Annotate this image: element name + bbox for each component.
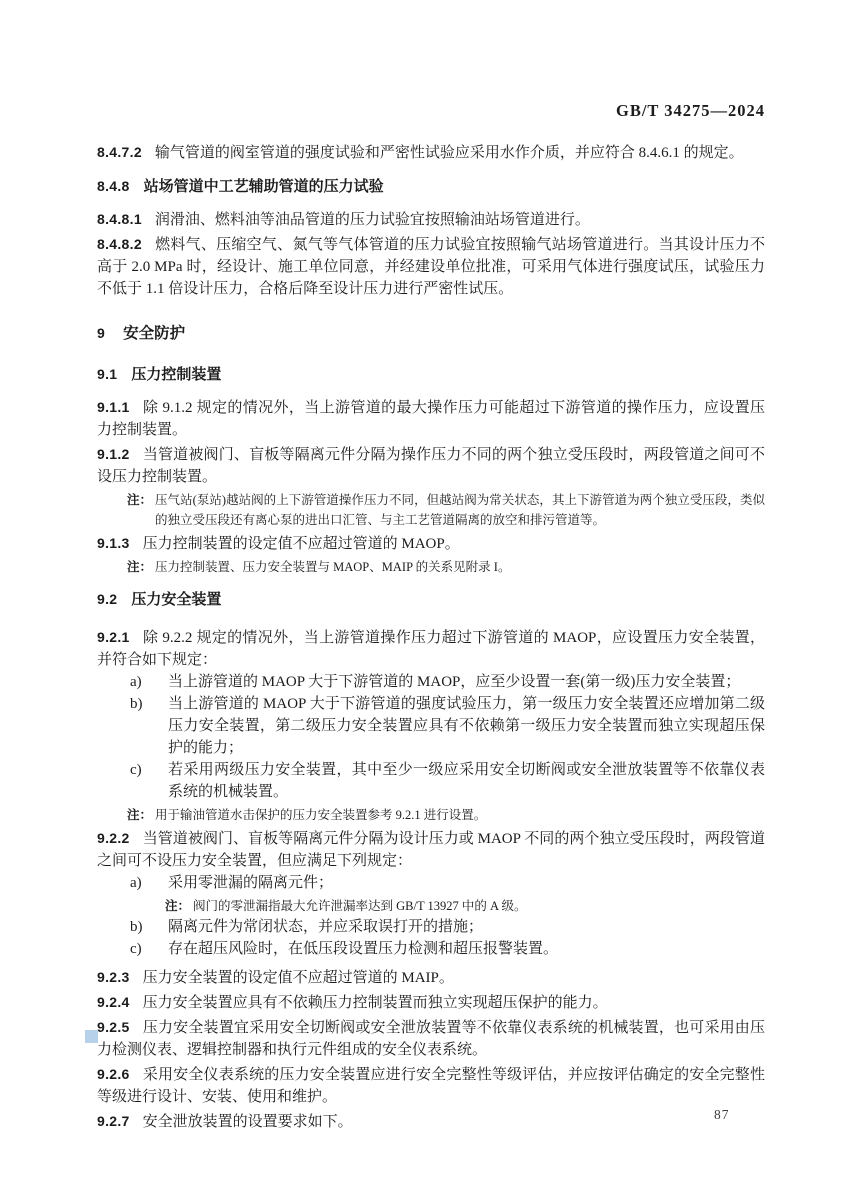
clause-number: 9.2.6 <box>97 1066 130 1082</box>
clause-9-1-2: 9.1.2当管道被阀门、盲板等隔离元件分隔为操作压力不同的两个独立受压段时，两段… <box>97 443 765 488</box>
note-label: 注： <box>127 805 152 825</box>
note-label: 注： <box>165 896 190 916</box>
blue-scan-artifact <box>85 1030 98 1043</box>
clause-text: 输气管道的阀室管道的强度试验和严密性试验应采用水作介质，并应符合 8.4.6.1… <box>155 145 744 161</box>
list-text: 存在超压风险时，在低压段设置压力检测和超压报警装置。 <box>168 938 765 960</box>
clause-number: 8.4.8.2 <box>97 236 142 252</box>
clause-text: 采用安全仪表系统的压力安全装置应进行安全完整性等级评估，并应按评估确定的安全完整… <box>97 1067 765 1105</box>
standard-number: GB/T 34275—2024 <box>0 101 765 121</box>
page-content: 8.4.7.2输气管道的阀室管道的强度试验和严密性试验应采用水作介质，并应符合 … <box>97 139 765 1133</box>
clause-text: 当管道被阀门、盲板等隔离元件分隔为操作压力不同的两个独立受压段时，两段管道之间可… <box>97 447 765 485</box>
clause-9-2-3: 9.2.3压力安全装置的设定值不应超过管道的 MAIP。 <box>97 966 765 989</box>
note-9-2-1: 注：用于输油管道水击保护的压力安全装置参考 9.2.1 进行设置。 <box>97 805 765 825</box>
clause-text: 安全泄放装置的设置要求如下。 <box>143 1114 353 1130</box>
clause-number: 9.1.2 <box>97 446 130 462</box>
clause-number: 9.1.1 <box>97 399 130 415</box>
clause-number: 9.2.2 <box>97 830 130 846</box>
list-item-b: b)当上游管道的 MAOP 大于下游管道的强度试验压力，第一级压力安全装置还应增… <box>97 693 765 759</box>
heading-number: 9 <box>97 325 105 341</box>
clause-text: 除 9.2.2 规定的情况外，当上游管道操作压力超过下游管道的 MAOP，应设置… <box>97 630 765 668</box>
heading-number: 9.1 <box>97 366 117 382</box>
clause-9-1-1: 9.1.1除 9.1.2 规定的情况外，当上游管道的最大操作压力可能超过下游管道… <box>97 396 765 441</box>
list-label: a) <box>130 671 168 693</box>
clause-number: 9.2.1 <box>97 629 130 645</box>
list-text: 当上游管道的 MAOP 大于下游管道的强度试验压力，第一级压力安全装置还应增加第… <box>168 693 765 759</box>
heading-number: 8.4.8 <box>97 178 130 194</box>
clause-number: 9.2.5 <box>97 1019 130 1035</box>
clause-text: 当管道被阀门、盲板等隔离元件分隔为设计压力或 MAOP 不同的两个独立受压段时，… <box>97 831 765 869</box>
list-text: 当上游管道的 MAOP 大于下游管道的 MAOP，应至少设置一套(第一级)压力安… <box>168 671 765 693</box>
clause-8-4-8-2: 8.4.8.2燃料气、压缩空气、氮气等气体管道的压力试验宜按照输气站场管道进行。… <box>97 233 765 300</box>
clause-number: 9.1.3 <box>97 535 130 551</box>
document-page: GB/T 34275—2024 8.4.7.2输气管道的阀室管道的强度试验和严密… <box>0 0 850 1202</box>
list-text: 隔离元件为常闭状态，并应采取误打开的措施； <box>168 916 765 938</box>
clause-9-2-2: 9.2.2当管道被阀门、盲板等隔离元件分隔为设计压力或 MAOP 不同的两个独立… <box>97 827 765 872</box>
clause-text: 润滑油、燃料油等油品管道的压力试验宜按照输油站场管道进行。 <box>155 212 590 228</box>
list-text: 若采用两级压力安全装置，其中至少一级应采用安全切断阀或安全泄放装置等不依靠仪表系… <box>168 759 765 803</box>
list-item-c: c)若采用两级压力安全装置，其中至少一级应采用安全切断阀或安全泄放装置等不依靠仪… <box>97 759 765 803</box>
clause-number: 9.2.7 <box>97 1113 130 1129</box>
list-item-b: b)隔离元件为常闭状态，并应采取误打开的措施； <box>97 916 765 938</box>
heading-9-1: 9.1压力控制装置 <box>97 363 765 386</box>
clause-8-4-8-1: 8.4.8.1润滑油、燃料油等油品管道的压力试验宜按照输油站场管道进行。 <box>97 208 765 231</box>
note-text: 压力控制装置、压力安全装置与 MAOP、MAIP 的关系见附录 I。 <box>155 557 765 577</box>
clause-9-2-6: 9.2.6采用安全仪表系统的压力安全装置应进行安全完整性等级评估，并应按评估确定… <box>97 1063 765 1108</box>
clause-text: 压力安全装置宜采用安全切断阀或安全泄放装置等不依靠仪表系统的机械装置，也可采用由… <box>97 1020 765 1058</box>
list-label: c) <box>130 759 168 803</box>
clause-text: 燃料气、压缩空气、氮气等气体管道的压力试验宜按照输气站场管道进行。当其设计压力不… <box>97 237 765 297</box>
list-label: b) <box>130 916 168 938</box>
note-label: 注： <box>127 490 152 530</box>
note-9-1-3: 注：压力控制装置、压力安全装置与 MAOP、MAIP 的关系见附录 I。 <box>97 557 765 577</box>
clause-number: 8.4.7.2 <box>97 144 142 160</box>
list-item-a: a)当上游管道的 MAOP 大于下游管道的 MAOP，应至少设置一套(第一级)压… <box>97 671 765 693</box>
clause-number: 9.2.4 <box>97 994 130 1010</box>
clause-text: 除 9.1.2 规定的情况外，当上游管道的最大操作压力可能超过下游管道的操作压力… <box>97 400 765 438</box>
note-text: 压气站(泵站)越站阀的上下游管道操作压力不同，但越站阀为常关状态，其上下游管道为… <box>155 490 765 530</box>
list-item-a: a)采用零泄漏的隔离元件； <box>97 872 765 894</box>
heading-title: 压力控制装置 <box>131 366 221 383</box>
heading-title: 站场管道中工艺辅助管道的压力试验 <box>144 178 384 195</box>
page-number: 87 <box>714 1107 730 1123</box>
note-9-1-2: 注：压气站(泵站)越站阀的上下游管道操作压力不同，但越站阀为常关状态，其上下游管… <box>97 490 765 530</box>
note-text: 阀门的零泄漏指最大允许泄漏率达到 GB/T 13927 中的 A 级。 <box>193 896 765 916</box>
list-label: b) <box>130 693 168 759</box>
clause-9-2-7: 9.2.7安全泄放装置的设置要求如下。 <box>97 1110 765 1133</box>
heading-number: 9.2 <box>97 591 117 607</box>
heading-title: 压力安全装置 <box>131 591 221 608</box>
note-9-2-2-a: 注：阀门的零泄漏指最大允许泄漏率达到 GB/T 13927 中的 A 级。 <box>97 896 765 916</box>
list-item-c: c)存在超压风险时，在低压段设置压力检测和超压报警装置。 <box>97 938 765 960</box>
heading-9-2: 9.2压力安全装置 <box>97 588 765 611</box>
clause-9-1-3: 9.1.3压力控制装置的设定值不应超过管道的 MAOP。 <box>97 532 765 555</box>
clause-text: 压力安全装置应具有不依赖压力控制装置而独立实现超压保护的能力。 <box>143 995 608 1011</box>
note-label: 注： <box>127 557 152 577</box>
heading-9: 9安全防护 <box>97 322 765 345</box>
clause-text: 压力控制装置的设定值不应超过管道的 MAOP。 <box>143 536 460 552</box>
heading-8-4-8: 8.4.8站场管道中工艺辅助管道的压力试验 <box>97 175 765 198</box>
clause-8-4-7-2: 8.4.7.2输气管道的阀室管道的强度试验和严密性试验应采用水作介质，并应符合 … <box>97 141 765 164</box>
clause-9-2-5: 9.2.5压力安全装置宜采用安全切断阀或安全泄放装置等不依靠仪表系统的机械装置，… <box>97 1016 765 1061</box>
clause-9-2-4: 9.2.4压力安全装置应具有不依赖压力控制装置而独立实现超压保护的能力。 <box>97 991 765 1014</box>
list-label: c) <box>130 938 168 960</box>
heading-title: 安全防护 <box>123 325 185 342</box>
clause-number: 9.2.3 <box>97 969 130 985</box>
list-text: 采用零泄漏的隔离元件； <box>168 872 765 894</box>
list-label: a) <box>130 872 168 894</box>
clause-number: 8.4.8.1 <box>97 211 142 227</box>
note-text: 用于输油管道水击保护的压力安全装置参考 9.2.1 进行设置。 <box>155 805 765 825</box>
clause-text: 压力安全装置的设定值不应超过管道的 MAIP。 <box>143 970 454 986</box>
clause-9-2-1: 9.2.1除 9.2.2 规定的情况外，当上游管道操作压力超过下游管道的 MAO… <box>97 626 765 671</box>
